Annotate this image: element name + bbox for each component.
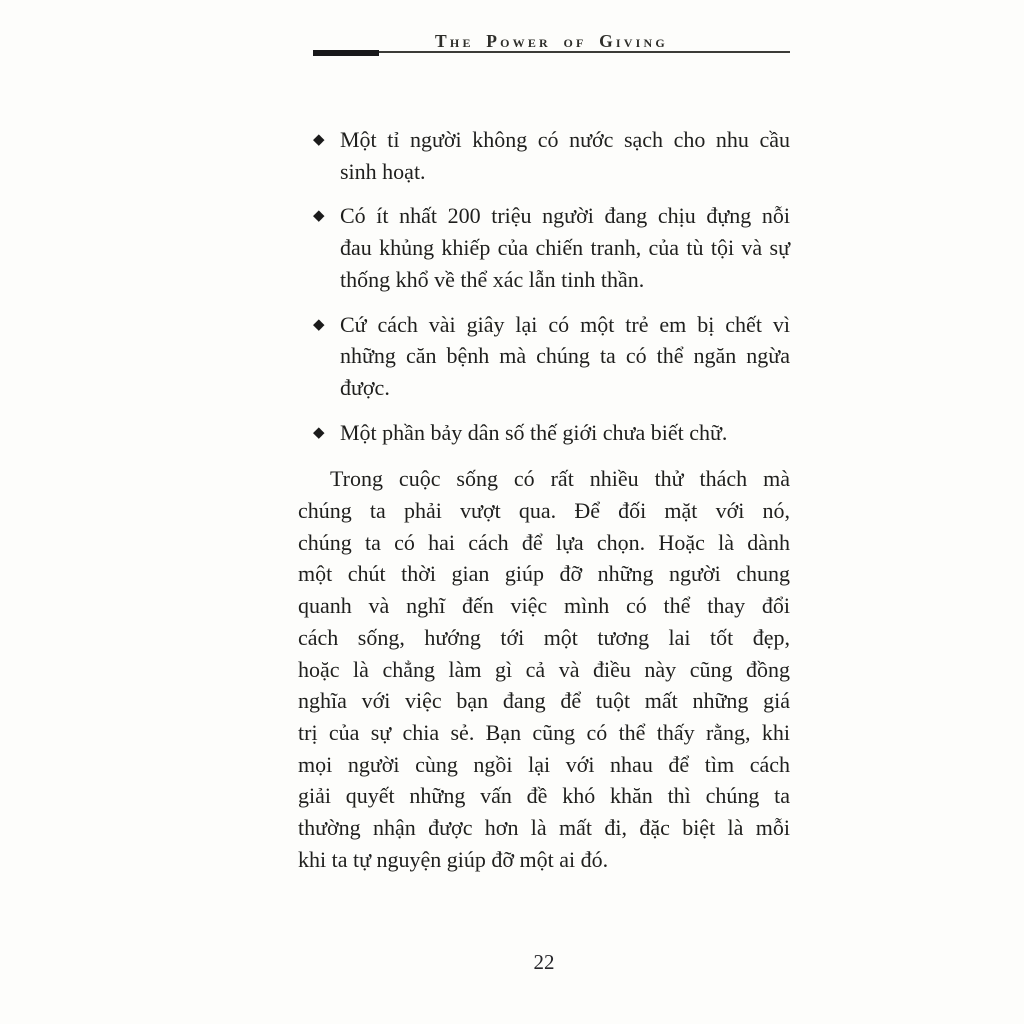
diamond-bullet-icon: ◆ xyxy=(313,309,340,404)
paragraph-line: Trong cuộc sống có rất nhiều thử thách m… xyxy=(298,463,790,495)
bullet-text: Cứ cách vài giây lại có một trẻ em bị ch… xyxy=(340,309,790,404)
paragraph-line: cách sống, hướng tới một tương lai tốt đ… xyxy=(298,622,790,654)
bullet-item: ◆Có ít nhất 200 triệu người đang chịu đự… xyxy=(313,200,790,295)
bullet-text: Một phần bảy dân số thế giới chưa biết c… xyxy=(340,417,790,449)
diamond-bullet-icon: ◆ xyxy=(313,200,340,295)
paragraph-line: quanh và nghĩ đến việc mình có thể thay … xyxy=(298,590,790,622)
bullet-line: Cứ cách vài giây lại có một trẻ em bị ch… xyxy=(340,309,790,341)
paragraph-line: nghĩa với việc bạn đang để tuột mất nhữn… xyxy=(298,685,790,717)
bullet-item: ◆Cứ cách vài giây lại có một trẻ em bị c… xyxy=(313,309,790,404)
bullet-line: những căn bệnh mà chúng ta có thể ngăn n… xyxy=(340,340,790,372)
paragraph-line: hoặc là chẳng làm gì cả và điều này cũng… xyxy=(298,654,790,686)
bullet-line: được. xyxy=(340,372,790,404)
page-body: ◆Một tỉ người không có nước sạch cho nhu… xyxy=(298,124,790,875)
bullet-text: Một tỉ người không có nước sạch cho nhu … xyxy=(340,124,790,187)
bullet-item: ◆Một phần bảy dân số thế giới chưa biết … xyxy=(313,417,790,449)
page-number: 22 xyxy=(298,950,790,975)
bullet-line: Có ít nhất 200 triệu người đang chịu đựn… xyxy=(340,200,790,232)
diamond-bullet-icon: ◆ xyxy=(313,124,340,187)
paragraph-line: chúng ta phải vượt qua. Để đối mặt với n… xyxy=(298,495,790,527)
bullet-line: thống khổ về thể xác lẫn tinh thần. xyxy=(340,264,790,296)
paragraph-line: khi ta tự nguyện giúp đỡ một ai đó. xyxy=(298,844,790,876)
book-page: The Power of Giving ◆Một tỉ người không … xyxy=(0,0,1024,1024)
bullet-text: Có ít nhất 200 triệu người đang chịu đựn… xyxy=(340,200,790,295)
paragraph-line: chúng ta có hai cách để lựa chọn. Hoặc l… xyxy=(298,527,790,559)
running-header-title: The Power of Giving xyxy=(313,31,790,52)
bullet-line: Một tỉ người không có nước sạch cho nhu … xyxy=(340,124,790,156)
paragraph-line: một chút thời gian giúp đỡ những người c… xyxy=(298,558,790,590)
paragraph-line: giải quyết những vấn đề khó khăn thì chú… xyxy=(298,780,790,812)
bullet-list: ◆Một tỉ người không có nước sạch cho nhu… xyxy=(298,124,790,448)
paragraph-line: mọi người cùng ngồi lại với nhau để tìm … xyxy=(298,749,790,781)
header-rule-thick-segment xyxy=(313,50,379,56)
header-rule xyxy=(313,51,790,53)
body-paragraph: Trong cuộc sống có rất nhiều thử thách m… xyxy=(298,463,790,875)
bullet-line: Một phần bảy dân số thế giới chưa biết c… xyxy=(340,417,790,449)
paragraph-line: thường nhận được hơn là mất đi, đặc biệt… xyxy=(298,812,790,844)
bullet-item: ◆Một tỉ người không có nước sạch cho nhu… xyxy=(313,124,790,187)
diamond-bullet-icon: ◆ xyxy=(313,417,340,449)
bullet-line: sinh hoạt. xyxy=(340,156,790,188)
bullet-line: đau khủng khiếp của chiến tranh, của tù … xyxy=(340,232,790,264)
paragraph-line: trị của sự chia sẻ. Bạn cũng có thể thấy… xyxy=(298,717,790,749)
